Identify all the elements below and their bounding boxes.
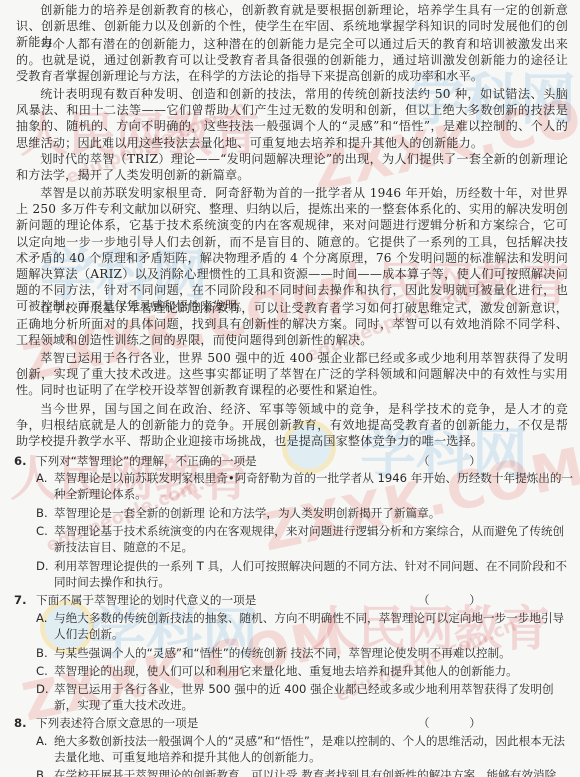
question-text: 下列对“萃智理论”的理解，不正确的一项是 bbox=[36, 454, 257, 468]
question-7-option-d[interactable]: D.萃智已运用于各行各业，世界 500 强中的近 400 强企业都已经或多或少地… bbox=[36, 681, 574, 714]
question-7-option-b[interactable]: B.与某些强调个人的“灵感”和“悟性”的传统创新 技法不同，萃智理论使发明不再难… bbox=[36, 645, 574, 661]
option-letter: A. bbox=[36, 470, 54, 486]
option-text: 与某些强调个人的“灵感”和“悟性”的传统创新 技法不同，萃智理论使发明不再难以控… bbox=[54, 646, 511, 660]
passage-paragraph-2: 每个人都有潜在的创新能力，这种潜在的创新能力是完全可以通过后天的教育和培训被激发… bbox=[16, 36, 568, 85]
option-text: 绝大多数创新技法一般强调个人的“灵感”和“悟性”，是难以控制的、个人的思维活动，… bbox=[54, 734, 565, 764]
option-letter: A. bbox=[36, 610, 54, 626]
option-text: 萃智理论的出现，使人们可以和利用它来量化地、重复地去培养和提升其他人的创新能力。 bbox=[54, 664, 518, 678]
option-letter: B. bbox=[36, 645, 54, 661]
passage-paragraph-6: 在学校开展基于萃智理论的创新教育，可以让受教育者学习如何打破思维定式，激发创新意… bbox=[16, 300, 568, 349]
passage-paragraph-3: 统计表明现有数百种发明、创造和创新的技法，常用的传统创新技法约 50 种，如试错… bbox=[16, 86, 568, 151]
question-8-stem: 8.下列表述符合原文意思的一项是 （ ） bbox=[14, 715, 570, 731]
question-text: 下面不属于萃智理论的划时代意义的一项是 bbox=[36, 593, 256, 607]
option-letter: A. bbox=[36, 733, 54, 749]
question-7-option-c[interactable]: C.萃智理论的出现，使人们可以和利用它来量化地、重复地去培养和提升其他人的创新能… bbox=[36, 663, 574, 679]
question-6-stem: 6.下列对“萃智理论”的理解，不正确的一项是 （ ） bbox=[14, 453, 570, 469]
option-letter: D. bbox=[36, 681, 54, 697]
option-text: 萃智已运用于各行各业，世界 500 强中的近 400 强企业都已经或多或少地利用… bbox=[54, 682, 554, 712]
passage-paragraph-8: 当今世界，国与国之间在政治、经济、军事等领域中的竞争，是科学技术的竞争，是人才的… bbox=[16, 401, 568, 450]
question-6-option-b[interactable]: B.萃智理论是一套全新的创新理 论和方法学，为人类发明创新揭开了新篇章。 bbox=[36, 505, 574, 521]
question-6-option-d[interactable]: D.利用萃智理论提供的一系列 T 具，人们可按照解决问题的不同方法、针对不同问题… bbox=[36, 558, 574, 591]
question-7-stem: 7.下面不属于萃智理论的划时代意义的一项是 （ ） bbox=[14, 592, 570, 608]
question-8-option-b[interactable]: B.在学校开展基于萃智理论的创新教育，可以让受 教育者找到具有创新性的解决方案，… bbox=[36, 767, 574, 777]
question-number: 6. bbox=[14, 453, 36, 469]
option-text: 萃智理论是以前苏联发明家根里奇•阿奇舒勒为首的一批学者从 1946 年开始、历经… bbox=[54, 471, 573, 501]
question-6-option-c[interactable]: C.萃智理论基于技术系统演变的内在客观规律，来对问题进行逻辑分析和方案综合，从而… bbox=[36, 523, 574, 556]
answer-blank[interactable]: （ ） bbox=[418, 715, 499, 731]
option-letter: B. bbox=[36, 767, 54, 777]
option-letter: D. bbox=[36, 558, 54, 574]
question-6-option-a[interactable]: A.萃智理论是以前苏联发明家根里奇•阿奇舒勒为首的一批学者从 1946 年开始、… bbox=[36, 470, 574, 503]
question-8-option-a[interactable]: A.绝大多数创新技法一般强调个人的“灵感”和“悟性”，是难以控制的、个人的思维活… bbox=[36, 733, 574, 766]
exam-page: 学科网 ZXXK.COM 人民网教育 edu.people.com.cn 学科网… bbox=[0, 0, 580, 777]
question-7-option-a[interactable]: A.与绝大多数的传统创新技法的抽象、随机、方向不明确性不同，萃智理论可以定向地一… bbox=[36, 610, 574, 643]
passage-paragraph-4: 划时代的萃智（TRIZ）理论——“发明问题解决理论”的出现，为人们提供了一套全新… bbox=[16, 151, 568, 183]
option-text: 在学校开展基于萃智理论的创新教育，可以让受 教育者找到具有创新性的解决方案，能够… bbox=[54, 768, 556, 777]
question-text: 下列表述符合原文意思的一项是 bbox=[36, 716, 198, 730]
passage-paragraph-5: 萃智是以前苏联发明家根里奇．阿奇舒勒为首的一批学者从 1946 年开始，历经数十… bbox=[16, 185, 568, 315]
option-letter: C. bbox=[36, 523, 54, 539]
answer-blank[interactable]: （ ） bbox=[418, 592, 499, 608]
option-text: 利用萃智理论提供的一系列 T 具，人们可按照解决问题的不同方法、针对不同问题、在… bbox=[54, 559, 567, 589]
option-letter: C. bbox=[36, 663, 54, 679]
option-letter: B. bbox=[36, 505, 54, 521]
option-text: 萃智理论是一套全新的创新理 论和方法学，为人类发明创新揭开了新篇章。 bbox=[54, 506, 440, 520]
question-number: 8. bbox=[14, 715, 36, 731]
answer-blank[interactable]: （ ） bbox=[418, 453, 499, 469]
question-number: 7. bbox=[14, 592, 36, 608]
option-text: 与绝大多数的传统创新技法的抽象、随机、方向不明确性不同，萃智理论可以定向地一步一… bbox=[54, 611, 564, 641]
option-text: 萃智理论基于技术系统演变的内在客观规律，来对问题进行逻辑分析和方案综合，从而避免… bbox=[54, 524, 564, 554]
passage-paragraph-7: 萃智已运用于各行各业，世界 500 强中的近 400 强企业都已经或多或少地利用… bbox=[16, 350, 568, 399]
